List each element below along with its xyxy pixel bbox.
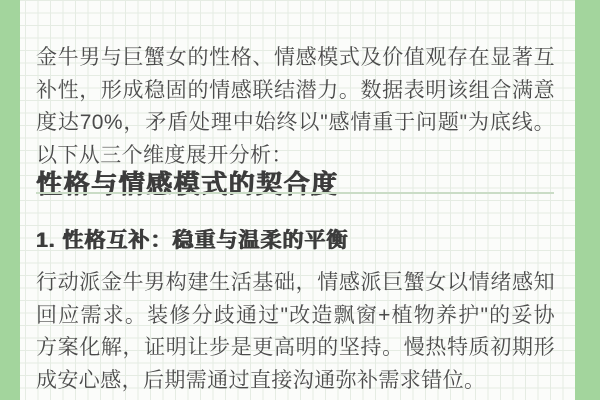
section-heading: 性格与情感模式的契合度 [36,168,555,200]
section-divider-line [36,192,554,194]
subsection-paragraph: 行动派金牛男构建生活基础，情感派巨蟹女以情绪感知回应需求。装修分歧通过"改造飘窗… [36,267,555,397]
right-green-border-strip [575,0,600,400]
article-card: 金牛男与巨蟹女的性格、情感模式及价值观存在显著互补性，形成稳固的情感联结潜力。数… [0,0,600,400]
left-green-border-strip [0,0,20,400]
subsection-heading: 1. 性格互补：稳重与温柔的平衡 [36,226,555,256]
intro-paragraph: 金牛男与巨蟹女的性格、情感模式及价值观存在显著互补性，形成稳固的情感联结潜力。数… [36,42,555,172]
